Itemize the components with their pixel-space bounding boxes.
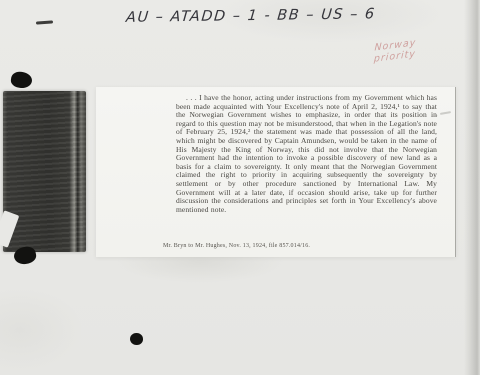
typeset-body-text: . . . I have the honor, acting under ins… <box>176 94 437 214</box>
bar-tear-notch <box>0 210 19 247</box>
corner-dash-mark <box>36 20 53 24</box>
scan-edge-shadow <box>464 0 480 375</box>
pasted-clipping: . . . I have the honor, acting under ins… <box>96 87 456 257</box>
citation-line: Mr. Bryn to Mr. Hughes, Nov. 13, 1924, f… <box>163 243 403 249</box>
red-pencil-note: Norway priority <box>374 37 417 64</box>
punch-hole-dot-top <box>10 70 33 89</box>
scanned-page: AU – ATADD – 1 - BB – US – 6 Norway prio… <box>0 0 480 375</box>
handwritten-archive-code: AU – ATADD – 1 - BB – US – 6 <box>125 6 386 26</box>
ink-dot-bottom-center <box>130 333 143 345</box>
redaction-bar <box>3 91 86 252</box>
